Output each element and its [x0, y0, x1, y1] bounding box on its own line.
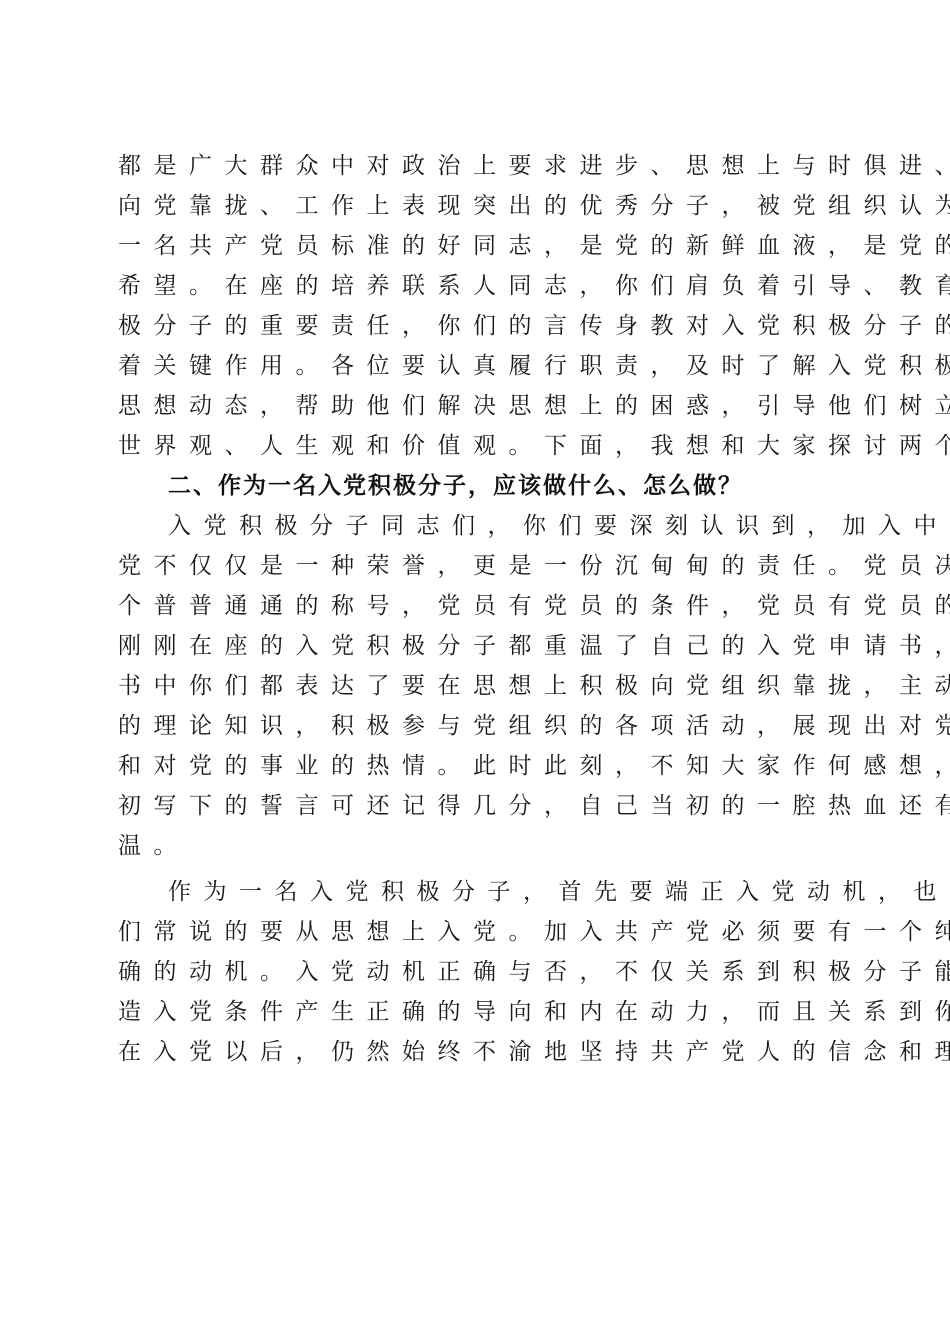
text-line: 都是广大群众中对政治上要求进步、思想上与时俱进、行动上: [118, 146, 834, 186]
text-line: 党不仅仅是一种荣誉，更是一份沉甸甸的责任。党员决不是一: [118, 546, 834, 586]
paragraph-2: 入党积极分子同志们，你们要深刻认识到，加入中国共产 党不仅仅是一种荣誉，更是一份…: [118, 506, 834, 866]
text-line: 们常说的要从思想上入党。加入共产党必须要有一个纯洁、正: [118, 912, 834, 952]
text-line: 在入党以后，仍然始终不渝地坚持共产党人的信念和理想，不: [118, 1032, 834, 1072]
text-line: 世界观、人生观和价值观。下面，我想和大家探讨两个问题：: [118, 426, 834, 466]
section-heading: 二、作为一名入党积极分子，应该做什么、怎么做？: [118, 466, 834, 506]
text-line: 造入党条件产生正确的导向和内在动力，而且关系到你们能否: [118, 992, 834, 1032]
text-line: 温。: [118, 826, 834, 866]
text-line: 初写下的誓言可还记得几分，自己当初的一腔热血还有多少余: [118, 786, 834, 826]
text-line: 思想动态，帮助他们解决思想上的困惑，引导他们树立正确的: [118, 386, 834, 426]
text-line: 个普普通通的称号，党员有党员的条件，党员有党员的标准。: [118, 586, 834, 626]
text-line: 希望。在座的培养联系人同志，你们肩负着引导、教育入党积: [118, 266, 834, 306]
text-line: 极分子的重要责任，你们的言传身教对入党积极分子的成长起: [118, 306, 834, 346]
document-page: 都是广大群众中对政治上要求进步、思想上与时俱进、行动上 向党靠拢、工作上表现突出…: [0, 0, 950, 1344]
text-line: 入党积极分子同志们，你们要深刻认识到，加入中国共产: [118, 506, 834, 546]
paragraph-3: 作为一名入党积极分子，首先要端正入党动机，也就是我 们常说的要从思想上入党。加入…: [118, 872, 834, 1072]
text-line: 一名共产党员标准的好同志，是党的新鲜血液，是党的未来和: [118, 226, 834, 266]
document-body: 都是广大群众中对政治上要求进步、思想上与时俱进、行动上 向党靠拢、工作上表现突出…: [118, 146, 834, 1072]
text-line: 向党靠拢、工作上表现突出的优秀分子，被党组织认为是符合: [118, 186, 834, 226]
text-line: 作为一名入党积极分子，首先要端正入党动机，也就是我: [118, 872, 834, 912]
text-line: 确的动机。入党动机正确与否，不仅关系到积极分子能否为创: [118, 952, 834, 992]
text-line: 的理论知识，积极参与党组织的各项活动，展现出对党的忠诚: [118, 706, 834, 746]
text-line: 着关键作用。各位要认真履行职责，及时了解入党积极分子的: [118, 346, 834, 386]
text-line: 和对党的事业的热情。此时此刻，不知大家作何感想，自己当: [118, 746, 834, 786]
paragraph-1: 都是广大群众中对政治上要求进步、思想上与时俱进、行动上 向党靠拢、工作上表现突出…: [118, 146, 834, 466]
text-line: 书中你们都表达了要在思想上积极向党组织靠拢，主动学习党: [118, 666, 834, 706]
text-line: 刚刚在座的入党积极分子都重温了自己的入党申请书，在申请: [118, 626, 834, 666]
